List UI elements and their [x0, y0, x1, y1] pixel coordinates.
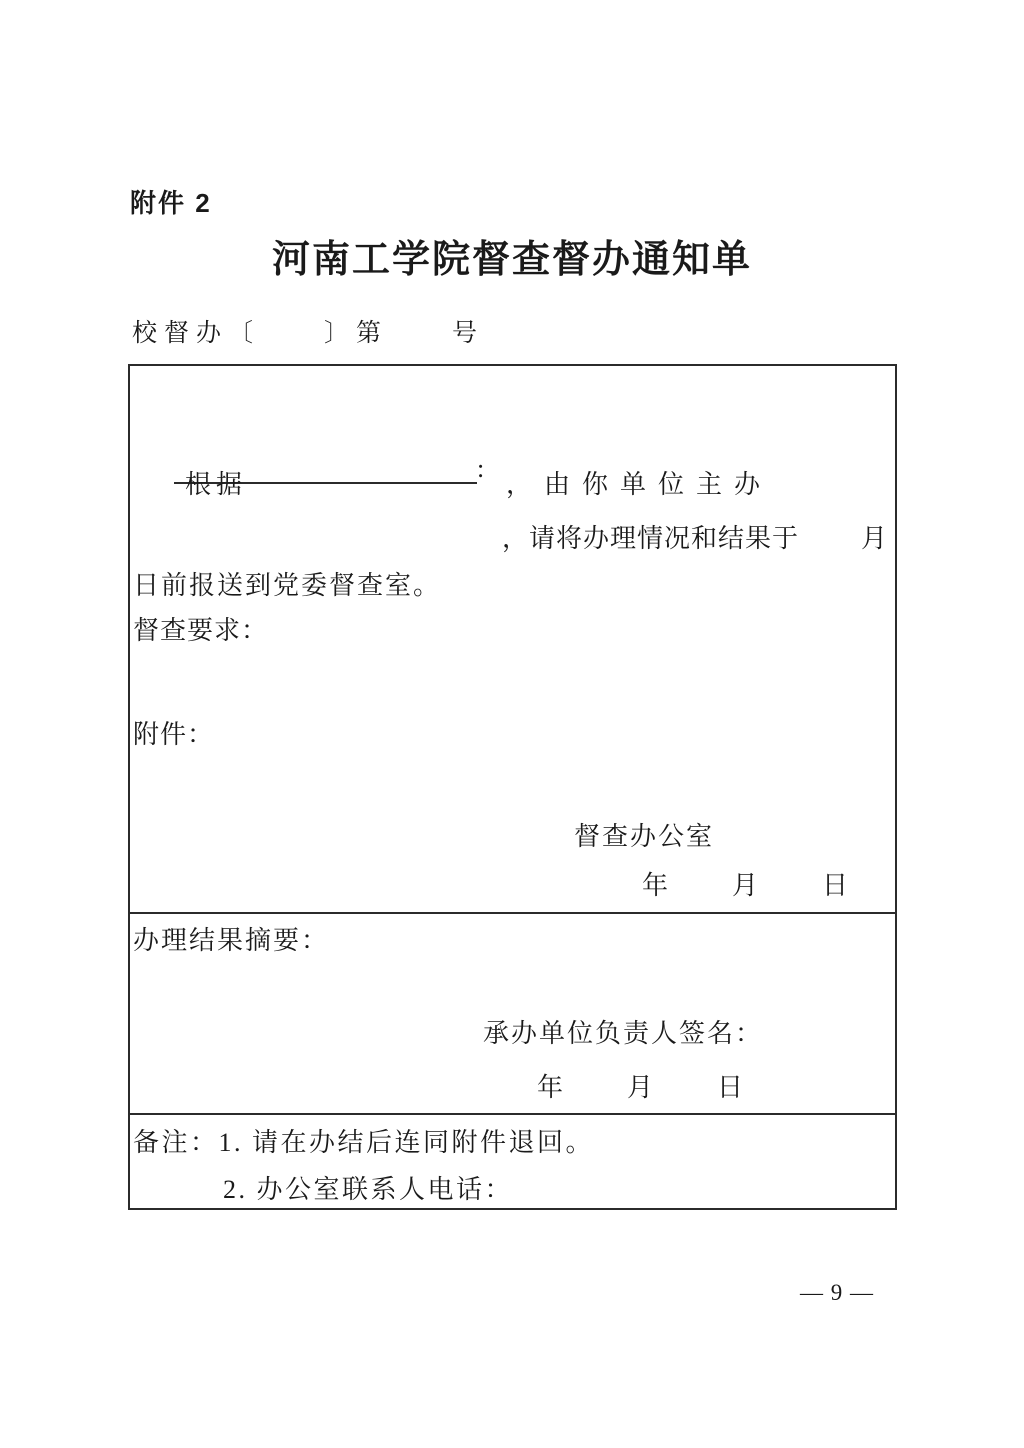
remarks-note-2: 2. 办公室联系人电话：: [223, 1175, 513, 1205]
attachment-number-label: 附件 2: [130, 189, 212, 219]
row-divider-2: [130, 1113, 895, 1115]
page-number: — 9 —: [800, 1280, 874, 1306]
notice-basis-lead: 根据: [185, 470, 247, 500]
supervision-requirements-label: 督查要求：: [133, 616, 268, 646]
remarks-note-1: 备注：1. 请在办结后连同附件退回。: [133, 1128, 594, 1158]
office-date-blank-line: 年 月 日: [642, 871, 852, 901]
notice-deadline-month: 月: [861, 524, 887, 554]
notice-form-table: : 根据 ，由你单位主办 ，请将办理情况和结果于 月 日前报送到党委督查室。 督…: [128, 364, 897, 1210]
result-date-blank-line: 年 月 日: [537, 1073, 747, 1103]
salutation-colon: :: [477, 454, 484, 483]
result-summary-label: 办理结果摘要：: [133, 926, 329, 956]
notice-basis-tail: ，由你单位主办: [506, 470, 772, 500]
salutation-line: :: [135, 424, 484, 514]
notice-report-clause: 日前报送到党委督查室。: [133, 571, 441, 601]
row-divider-1: [130, 912, 895, 914]
notice-deadline-clause: ，请将办理情况和结果于: [502, 524, 799, 554]
responsible-signer-label: 承办单位负责人签名：: [483, 1019, 763, 1049]
page-title: 河南工学院督查督办通知单: [0, 239, 1024, 283]
attachment-field-label: 附件：: [133, 720, 214, 750]
document-page: 附件 2 河南工学院督查督办通知单 校督办〔 〕第 号 : 根据 ，由你单位主办…: [0, 0, 1024, 1448]
supervision-office-signature: 督查办公室: [574, 822, 714, 852]
doc-number-line: 校督办〔 〕第 号: [132, 320, 484, 349]
